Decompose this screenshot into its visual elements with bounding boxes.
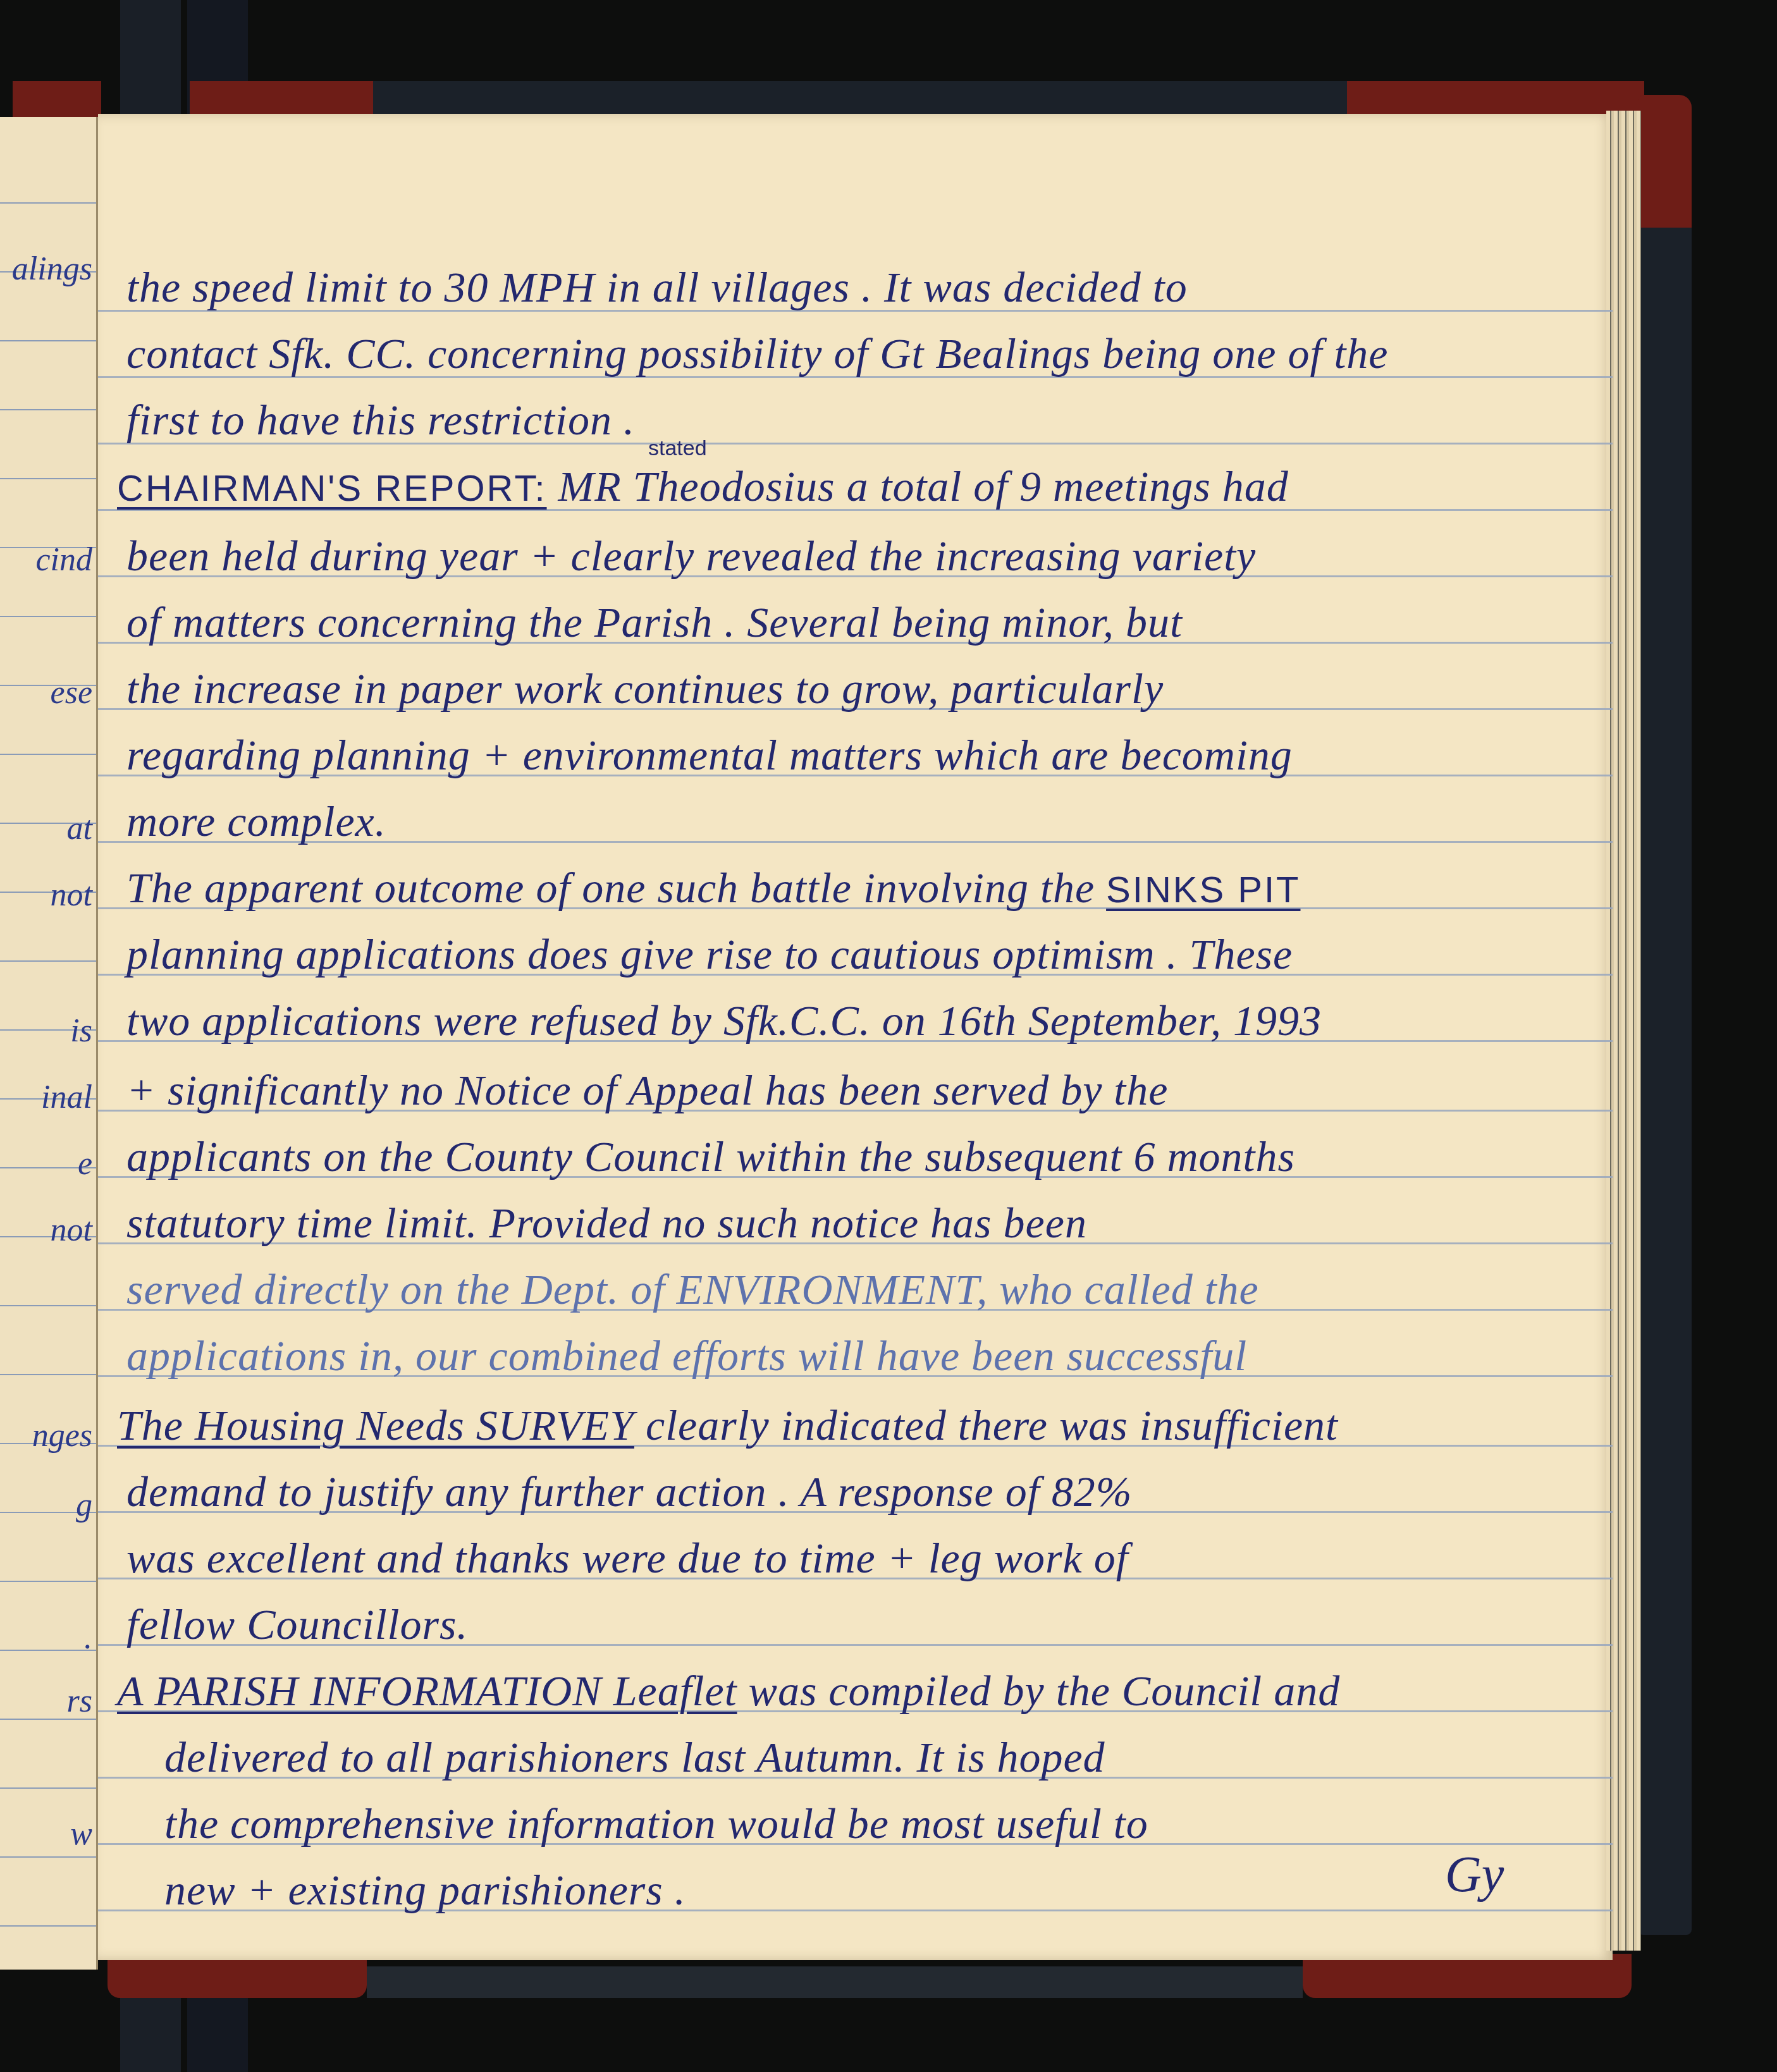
text-line: new + existing parishioners . <box>164 1868 1632 1911</box>
section-heading: A PARISH INFORMATION Leaflet <box>117 1667 737 1715</box>
left-page-fragment: nges <box>32 1419 92 1452</box>
line-text: the comprehensive information would be m… <box>164 1799 1148 1848</box>
line-text: statutory time limit. Provided no such n… <box>126 1199 1087 1247</box>
text-line: The Housing Needs SURVEY clearly indicat… <box>117 1404 1584 1447</box>
cover-corner-top-left <box>13 81 101 118</box>
text-line: applicants on the County Council within … <box>126 1135 1594 1178</box>
text-line: + significantly no Notice of Appeal has … <box>126 1069 1594 1112</box>
text-line: two applications were refused by Sfk.C.C… <box>126 999 1594 1042</box>
text-line: first to have this restriction . <box>126 398 1594 441</box>
underlined-term: SINKS PIT <box>1106 869 1300 910</box>
line-text: been held during year + clearly revealed… <box>126 532 1256 580</box>
line-text: demand to justify any further action . A… <box>126 1468 1132 1516</box>
cover-corner-top-right <box>1347 81 1644 118</box>
line-text: fellow Councillors. <box>126 1600 468 1648</box>
left-page-fragment: w <box>70 1818 92 1851</box>
cover-right-edge <box>1638 101 1692 1935</box>
text-line: regarding planning + environmental matte… <box>126 733 1594 776</box>
text-line: the speed limit to 30 MPH in all village… <box>126 266 1594 309</box>
cover-spine-bottom <box>367 1966 1303 1998</box>
left-page-fragment: not <box>51 879 92 912</box>
text-line: CHAIRMAN'S REPORT: MR Theodosius a total… <box>117 465 1584 508</box>
text-line: been held during year + clearly revealed… <box>126 534 1594 577</box>
text-line: of matters concerning the Parish . Sever… <box>126 601 1594 644</box>
line-text: more complex. <box>126 797 386 845</box>
left-page: alingscindeseatnotisinalenotngesg.rsw <box>0 117 98 1970</box>
text-line: contact Sfk. CC. concerning possibility … <box>126 332 1594 375</box>
text-line: served directly on the Dept. of ENVIRONM… <box>126 1268 1594 1311</box>
line-text: planning applications does give rise to … <box>126 930 1293 978</box>
left-page-fragment: g <box>76 1489 92 1522</box>
cover-corner-bottom-left <box>108 1954 367 1998</box>
left-page-fragment: . <box>84 1622 92 1655</box>
line-text: applications in, our combined efforts wi… <box>126 1332 1247 1380</box>
page-edges <box>1606 111 1641 1951</box>
left-page-fragment: inal <box>41 1081 92 1114</box>
left-page-fragment: at <box>67 812 92 845</box>
cover-spine-top <box>373 81 1347 118</box>
text-line: applications in, our combined efforts wi… <box>126 1334 1594 1377</box>
text-line: statutory time limit. Provided no such n… <box>126 1201 1594 1244</box>
line-text: the speed limit to 30 MPH in all village… <box>126 263 1188 311</box>
line-text: first to have this restriction . <box>126 396 635 444</box>
cover-corner-top <box>190 81 373 118</box>
line-text: regarding planning + environmental matte… <box>126 731 1293 779</box>
line-text: was compiled by the Council and <box>737 1667 1341 1715</box>
line-text: of matters concerning the Parish . Sever… <box>126 598 1183 646</box>
insertion-stated: stated <box>648 436 707 461</box>
cover-right-corner <box>1638 95 1692 228</box>
text-line: the increase in paper work continues to … <box>126 667 1594 710</box>
line-text: was excellent and thanks were due to tim… <box>126 1534 1129 1582</box>
initials-signature: Gy <box>1445 1846 1504 1904</box>
text-line: the comprehensive information would be m… <box>164 1802 1632 1845</box>
text-line: fellow Councillors. <box>126 1603 1594 1646</box>
text-line: more complex. <box>126 800 1594 843</box>
line-text: delivered to all parishioners last Autum… <box>164 1733 1105 1781</box>
left-page-fragment: is <box>70 1015 92 1048</box>
line-text: The apparent outcome of one such battle … <box>126 864 1106 912</box>
left-page-fragment: alings <box>12 253 92 286</box>
left-page-fragment: cind <box>35 544 92 577</box>
left-page-fragment: ese <box>51 677 92 709</box>
text-line: The apparent outcome of one such battle … <box>126 866 1594 909</box>
line-text: the increase in paper work continues to … <box>126 665 1164 713</box>
line-text: served directly on the Dept. of ENVIRONM… <box>126 1265 1259 1313</box>
text-line: A PARISH INFORMATION Leaflet was compile… <box>117 1669 1584 1712</box>
text-line: delivered to all parishioners last Autum… <box>164 1736 1632 1779</box>
text-line: was excellent and thanks were due to tim… <box>126 1536 1594 1579</box>
line-text: two applications were refused by Sfk.C.C… <box>126 996 1322 1045</box>
left-page-fragment: rs <box>67 1685 92 1718</box>
line-text: MR Theodosius a total of 9 meetings had <box>547 462 1289 510</box>
section-heading: The Housing Needs SURVEY <box>117 1401 634 1449</box>
line-text: applicants on the County Council within … <box>126 1132 1295 1180</box>
cover-corner-bottom-right <box>1303 1954 1632 1998</box>
line-text: contact Sfk. CC. concerning possibility … <box>126 329 1389 377</box>
line-text: new + existing parishioners . <box>164 1866 686 1914</box>
text-line: demand to justify any further action . A… <box>126 1470 1594 1513</box>
section-heading: CHAIRMAN'S REPORT: <box>117 468 547 509</box>
line-text: + significantly no Notice of Appeal has … <box>126 1066 1168 1114</box>
left-page-fragment: not <box>51 1214 92 1247</box>
left-page-fragment: e <box>78 1148 92 1180</box>
line-text: clearly indicated there was insufficient <box>634 1401 1338 1449</box>
text-line: planning applications does give rise to … <box>126 933 1594 976</box>
